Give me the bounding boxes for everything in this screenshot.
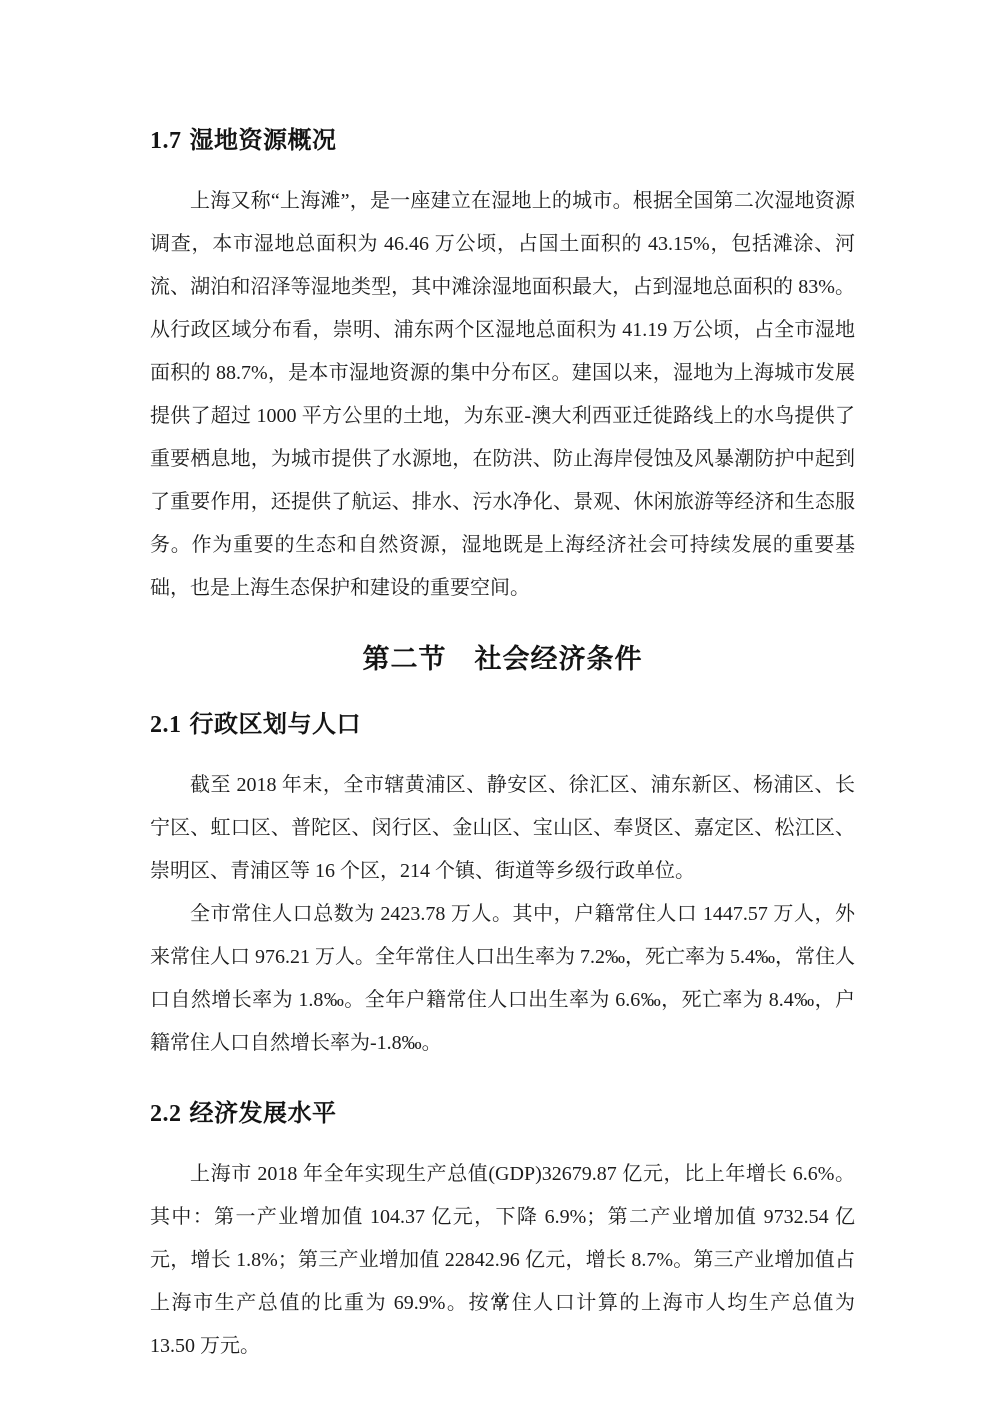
heading-2-2-label: 经济发展水平 bbox=[190, 1100, 337, 1127]
page-number: 9 bbox=[0, 1292, 1000, 1312]
section-2-heading: 第二节 社会经济条件 bbox=[150, 642, 855, 676]
paragraph-wetland-overview: 上海又称“上海滩”，是一座建立在湿地上的城市。根据全国第二次湿地资源调查，本市湿… bbox=[150, 180, 855, 610]
document-page: 1.7湿地资源概况 上海又称“上海滩”，是一座建立在湿地上的城市。根据全国第二次… bbox=[0, 0, 1000, 1414]
paragraph-administrative-divisions: 截至 2018 年末，全市辖黄浦区、静安区、徐汇区、浦东新区、杨浦区、长宁区、虹… bbox=[150, 764, 855, 893]
heading-2-1-label: 行政区划与人口 bbox=[190, 711, 362, 738]
heading-2-1-number: 2.1 bbox=[150, 712, 182, 738]
heading-1-7-wetland-resources: 1.7湿地资源概况 bbox=[150, 126, 855, 156]
paragraph-economy: 上海市 2018 年全年实现生产总值(GDP)32679.87 亿元，比上年增长… bbox=[150, 1153, 855, 1368]
heading-1-7-number: 1.7 bbox=[150, 128, 182, 154]
heading-2-2-number: 2.2 bbox=[150, 1101, 182, 1127]
heading-1-7-label: 湿地资源概况 bbox=[190, 127, 337, 154]
paragraph-population: 全市常住人口总数为 2423.78 万人。其中，户籍常住人口 1447.57 万… bbox=[150, 893, 855, 1065]
heading-2-1-administrative-divisions: 2.1行政区划与人口 bbox=[150, 710, 855, 740]
heading-2-2-economic-development: 2.2经济发展水平 bbox=[150, 1099, 855, 1129]
